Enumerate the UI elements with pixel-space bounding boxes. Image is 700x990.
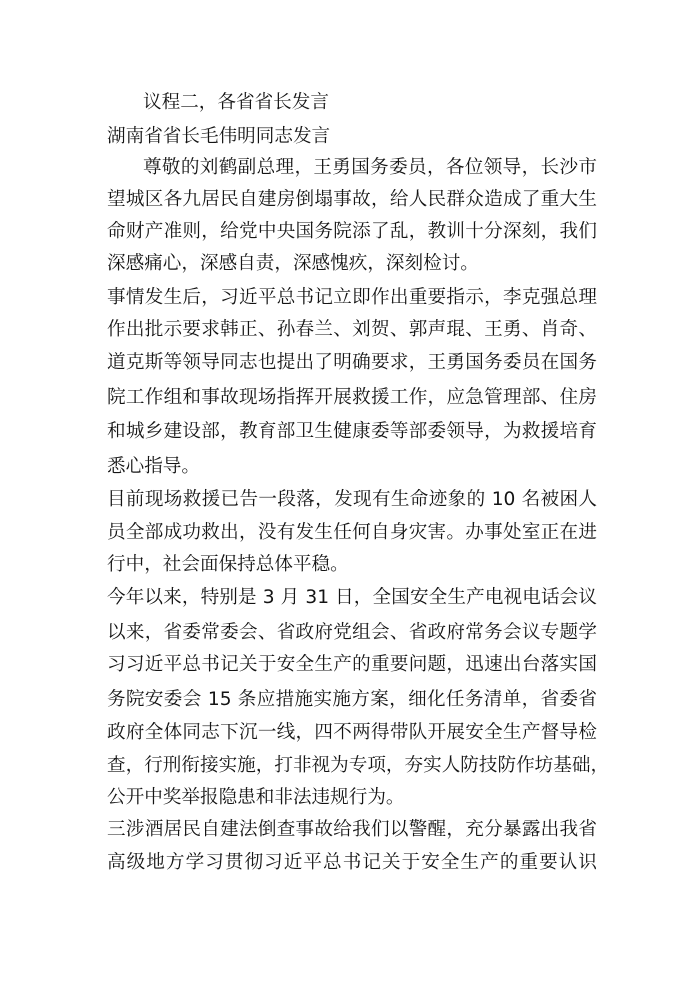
paragraph-4-line-5: 政府全体同志下沉一线，四不两得带队开展安全生产督导检 [107,717,597,749]
paragraph-4-line-7: 公开中奖举报隐患和非法违规行为。 [107,782,597,814]
agenda-heading: 议程二，各省省长发言 [143,87,597,119]
paragraph-5-line-1: 三涉酒居民自建法倒查事故给我们以警醒，充分暴露出我省 [107,814,597,846]
paragraph-2-line-6: 悉心指导。 [107,451,597,483]
paragraph-3-line-3: 行中，社会面保持总体平稳。 [107,549,597,581]
paragraph-4-line-1: 今年以来，特别是 3 月 31 日，全国安全生产电视电话会议 [107,582,597,614]
paragraph-5-line-2: 高级地方学习贯彻习近平总书记关于安全生产的重要认识 [107,847,597,879]
paragraph-1-line-2: 望城区各九居民自建房倒塌事故，给人民群众造成了重大生 [107,184,597,216]
paragraph-2-line-4: 院工作组和事故现场指挥开展救援工作，应急管理部、住房 [107,382,597,414]
document-page: 议程二，各省省长发言 湖南省省长毛伟明同志发言 尊敬的刘鹤副总理，王勇国务委员，… [0,0,700,990]
paragraph-1-line-4: 深感痛心，深感自责，深感愧疚，深刻检讨。 [107,248,597,280]
paragraph-1-line-3: 命财产准则，给党中央国务院添了乱，教训十分深刻，我们 [107,216,597,248]
paragraph-2-line-1: 事情发生后，习近平总书记立即作出重要指示，李克强总理 [107,282,597,314]
paragraph-4-line-6: 查，行刑衔接实施，打非视为专项，夯实人防技防作坊基础， [107,750,597,782]
paragraph-2-line-2: 作出批示要求韩正、孙春兰、刘贺、郭声琨、王勇、肖奇、 [107,314,597,346]
paragraph-2-line-5: 和城乡建设部，教育部卫生健康委等部委领导，为救援培育 [107,416,597,448]
paragraph-1-line-1: 尊敬的刘鹤副总理，王勇国务委员，各位领导，长沙市 [143,152,597,184]
paragraph-4-line-4: 务院安委会 15 条应措施实施方案，细化任务清单，省委省 [107,684,597,716]
paragraph-4-line-2: 以来，省委常委会、省政府党组会、省政府常务会议专题学 [107,617,597,649]
paragraph-3-line-1: 目前现场救援已告一段落，发现有生命迹象的 10 名被困人 [107,484,597,516]
paragraph-2-line-3: 道克斯等领导同志也提出了明确要求，王勇国务委员在国务 [107,347,597,379]
paragraph-4-line-3: 习习近平总书记关于安全生产的重要问题，迅速出台落实国 [107,649,597,681]
paragraph-3-line-2: 员全部成功救出，没有发生任何自身灾害。办事处室正在进 [107,517,597,549]
speaker-heading: 湖南省省长毛伟明同志发言 [107,121,597,153]
